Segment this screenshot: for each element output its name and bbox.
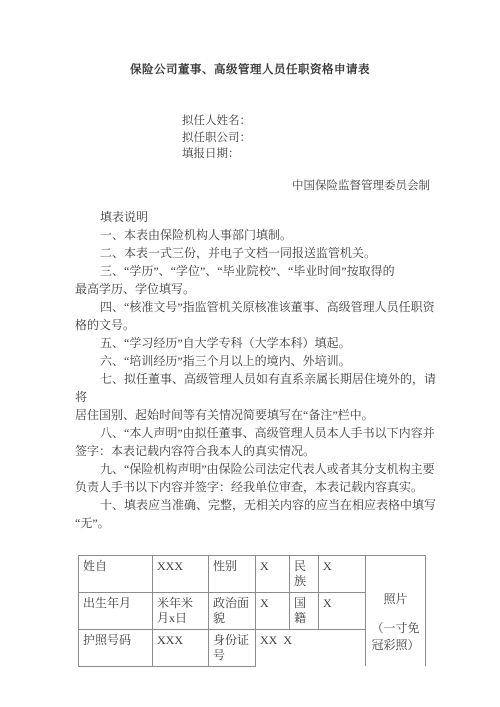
- name-label-cell: 姓自: [79, 555, 153, 592]
- ethnicity-label-cell: 民族: [290, 555, 319, 592]
- birth-value-cell: 米年米月x日: [153, 592, 209, 629]
- applicant-name-label: 拟任人姓名：: [182, 113, 500, 130]
- instruction-line-wrap: “无”。: [75, 514, 439, 532]
- document-title: 保险公司董事、高级管理人员任职资格申请表: [0, 0, 500, 77]
- instruction-line-wrap: 签字：本表记载内容符合我本人的真实情况。: [75, 442, 439, 460]
- instruction-line: 十、填表应当准确、完整，无相关内容的应当在相应表格中填写: [75, 496, 439, 514]
- gender-value-cell: X: [256, 555, 290, 592]
- instruction-line: 二、本表一式三份，并电子文档一同报送监管机关。: [75, 244, 439, 262]
- instruction-line: 六、“培训经历”指三个月以上的境内、外培训。: [75, 352, 439, 370]
- photo-cell: 照片 （一寸免冠彩照）: [366, 555, 426, 666]
- instruction-line: 五、“学习经历”自大学专科（大学本科）填起。: [75, 334, 439, 352]
- photo-label: 照片: [370, 592, 421, 607]
- instruction-line: 三、“学历”、“学位”、“毕业院校”、“毕业时间”按取得的: [75, 262, 439, 280]
- nationality-value-cell: X: [319, 592, 366, 629]
- instruction-line-wrap: 最高学历、学位填写。: [75, 280, 439, 298]
- instruction-line: 四、“核准文号”指监管机关原核准该董事、高级管理人员任职资: [75, 298, 439, 316]
- instruction-line: 七、拟任董事、高级管理人员如有直系亲属长期居住境外的，请将: [75, 370, 439, 406]
- instruction-line-wrap: 负责人手书以下内容并签字：经我单位审查，本表记载内容真实。: [75, 478, 439, 496]
- id-value-cell: XX X: [256, 629, 366, 666]
- filling-instructions: 填表说明 一、本表由保险机构人事部门填制。 二、本表一式三份，并电子文档一同报送…: [75, 208, 439, 532]
- instruction-line: 九、“保险机构声明”由保险公司法定代表人或者其分支机构主要: [75, 460, 439, 478]
- issuing-authority: 中国保险监督管理委员会制: [292, 177, 500, 193]
- birth-label-cell: 出生年月: [79, 592, 153, 629]
- nationality-label-cell: 国籍: [290, 592, 319, 629]
- passport-value-cell: XXX: [153, 629, 209, 666]
- id-label-cell: 身份证号: [209, 629, 256, 666]
- instruction-line-wrap: 居住国别、起始时间等有关情况简要填写在“备注”栏中。: [75, 406, 439, 424]
- gender-label-cell: 性别: [209, 555, 256, 592]
- instructions-heading: 填表说明: [75, 208, 439, 226]
- applicant-info-block: 拟任人姓名： 拟任职公司： 填报日期：: [182, 113, 500, 163]
- passport-label-cell: 护照号码: [79, 629, 153, 666]
- photo-caption: （一寸免冠彩照）: [370, 620, 421, 654]
- personal-info-table: 姓自 XXX 性别 X 民族 X 照片 （一寸免冠彩照） 出生年月 米年米月x日…: [78, 555, 426, 667]
- instruction-line-wrap: 格的文号。: [75, 316, 439, 334]
- politics-label-cell: 政治面貌: [209, 592, 256, 629]
- instruction-line: 八、“本人声明”由拟任董事、高级管理人员本人手书以下内容并: [75, 424, 439, 442]
- table-row-name: 姓自 XXX 性别 X 民族 X 照片 （一寸免冠彩照）: [79, 555, 426, 592]
- instruction-line: 一、本表由保险机构人事部门填制。: [75, 226, 439, 244]
- applicant-company-label: 拟任职公司：: [182, 130, 500, 147]
- document-page: 保险公司董事、高级管理人员任职资格申请表 拟任人姓名： 拟任职公司： 填报日期：…: [0, 0, 500, 707]
- politics-value-cell: X: [256, 592, 290, 629]
- filing-date-label: 填报日期：: [182, 146, 500, 163]
- ethnicity-value-cell: X: [319, 555, 366, 592]
- name-value-cell: XXX: [153, 555, 209, 592]
